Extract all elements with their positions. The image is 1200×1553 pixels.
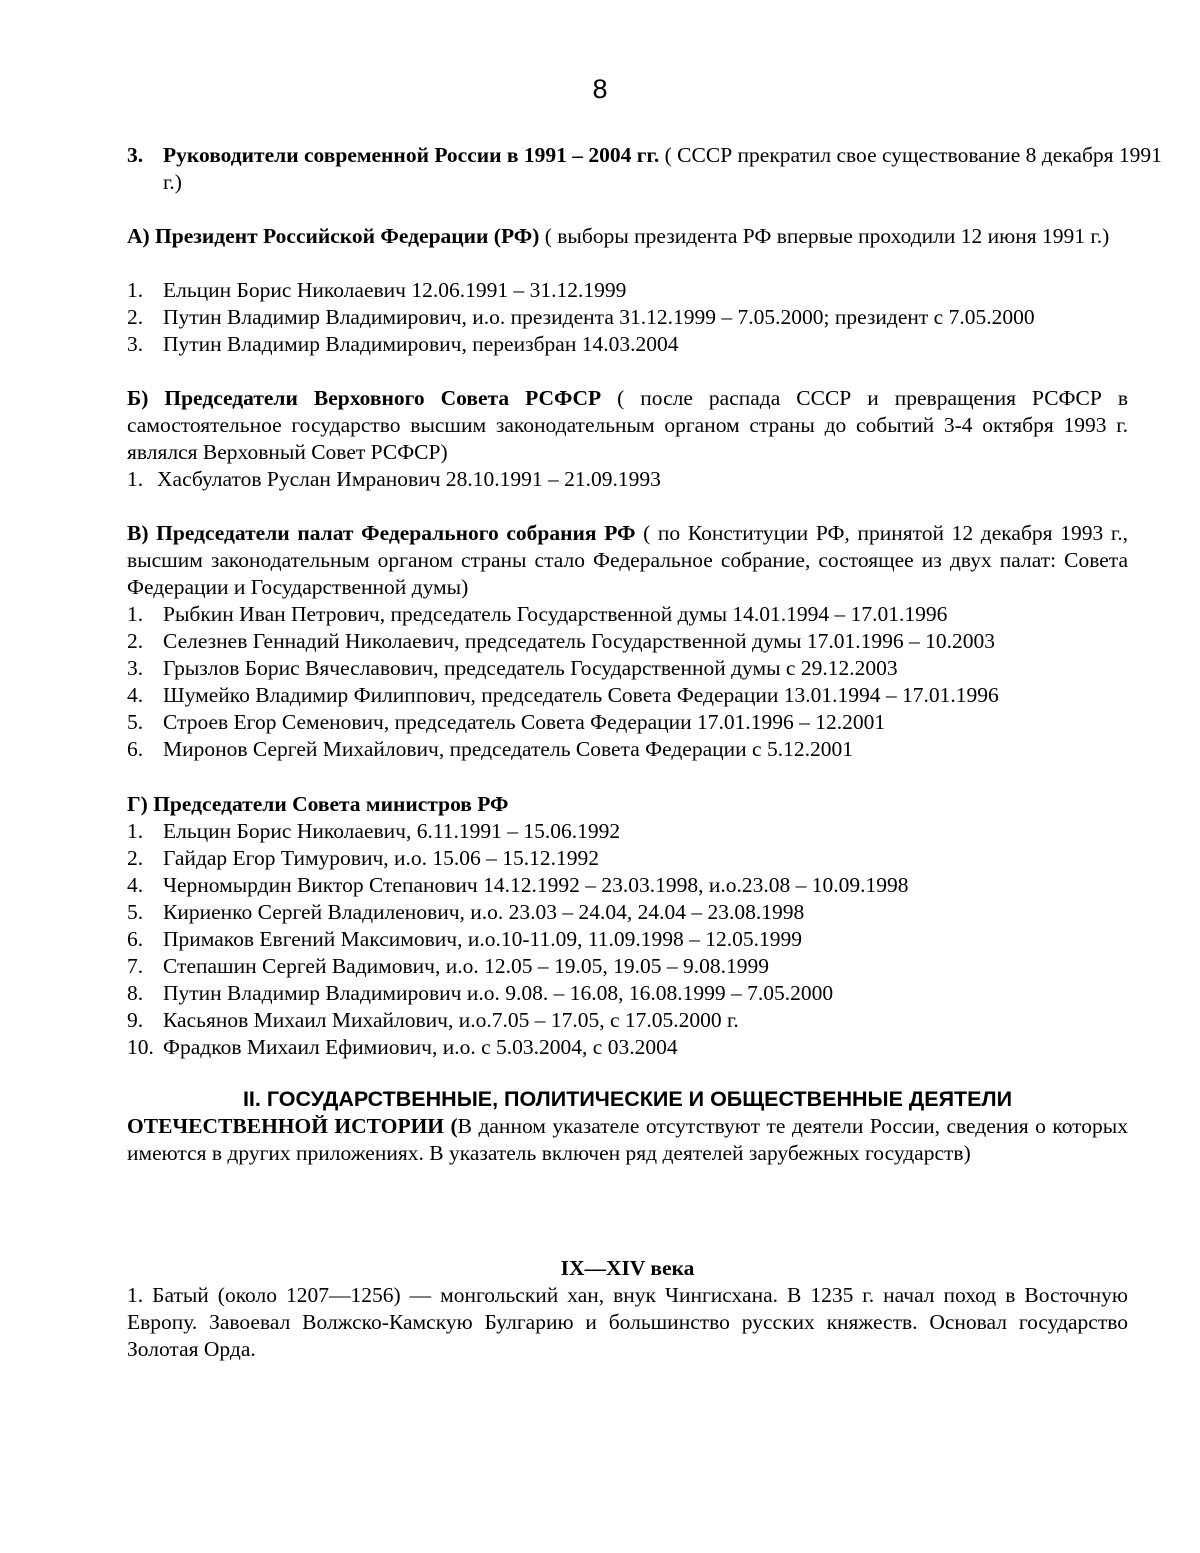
list-item: 1.Ельцин Борис Николаевич, 6.11.1991 – 1…	[127, 818, 1128, 845]
section-2-title: ОТЕЧЕСТВЕННОЙ ИСТОРИИ (	[127, 1114, 458, 1138]
list-item: 9.Касьянов Михаил Михайлович, и.о.7.05 –…	[127, 1007, 1128, 1034]
list-item: 6.Примаков Евгений Максимович, и.о.10-11…	[127, 926, 1128, 953]
list-item: 1.Рыбкин Иван Петрович, председатель Гос…	[127, 601, 1128, 628]
item-text: Касьянов Михаил Михайлович, и.о.7.05 – 1…	[163, 1008, 739, 1032]
list-item: 3.Путин Владимир Владимирович, переизбра…	[127, 331, 1128, 358]
subsection-b-heading: Б) Председатели Верховного Совета РСФСР …	[127, 385, 1128, 466]
list-item: 5.Кириенко Сергей Владиленович, и.о. 23.…	[127, 899, 1128, 926]
section-2-heading: II. ГОСУДАРСТВЕННЫЕ, ПОЛИТИЧЕСКИЕ И ОБЩЕ…	[127, 1086, 1128, 1113]
list-item: 5.Строев Егор Семенович, председатель Со…	[127, 709, 1128, 736]
item-text: Шумейко Владимир Филиппович, председател…	[163, 683, 999, 707]
item-number: 2.	[127, 845, 143, 872]
list-item: 8.Путин Владимир Владимирович и.о. 9.08.…	[127, 980, 1128, 1007]
item-text: Путин Владимир Владимирович и.о. 9.08. –…	[163, 981, 833, 1005]
item-text: Ельцин Борис Николаевич 12.06.1991 – 31.…	[163, 278, 626, 302]
item-number: 4.	[127, 872, 143, 899]
item-text: Фрадков Михаил Ефимиович, и.о. с 5.03.20…	[163, 1035, 678, 1059]
item-number: 1.	[127, 818, 143, 845]
item-text: Степашин Сергей Вадимович, и.о. 12.05 – …	[163, 954, 769, 978]
item-number: 3.	[127, 655, 143, 682]
list-item: 4.Шумейко Владимир Филиппович, председат…	[127, 682, 1128, 709]
item-text: Грызлов Борис Вячеславович, председатель…	[163, 656, 898, 680]
list-item: 3.Грызлов Борис Вячеславович, председате…	[127, 655, 1128, 682]
item-number: 5.	[127, 709, 143, 736]
item-text: Миронов Сергей Михайлович, председатель …	[163, 737, 853, 761]
item-number: 1.	[127, 277, 143, 304]
list-item: 2.Путин Владимир Владимирович, и.о. през…	[127, 304, 1128, 331]
subsection-title: Г) Председатели Совета министров РФ	[127, 792, 509, 816]
list-item: 10.Фрадков Михаил Ефимиович, и.о. с 5.03…	[127, 1034, 1128, 1061]
item-text: Хасбулатов Руслан Имранович 28.10.1991 –…	[157, 467, 661, 491]
list-item: 6.Миронов Сергей Михайлович, председател…	[127, 736, 1128, 763]
list-president: 1.Ельцин Борис Николаевич 12.06.1991 – 3…	[127, 277, 1128, 358]
era-entry: 1. Батый (около 1207—1256) — монгольский…	[127, 1282, 1128, 1363]
list-item: 4.Черномырдин Виктор Степанович 14.12.19…	[127, 872, 1128, 899]
item-text: Черномырдин Виктор Степанович 14.12.1992…	[163, 873, 908, 897]
list-council-ministers: 1.Ельцин Борис Николаевич, 6.11.1991 – 1…	[127, 818, 1128, 1061]
era-title: IX—XIV века	[127, 1255, 1128, 1282]
subsection-note: ( выборы президента РФ впервые проходили…	[539, 224, 1109, 248]
item-number: 6.	[127, 926, 143, 953]
section-title: Руководители современной России в 1991 –…	[163, 143, 659, 167]
subsection-title: А) Президент Российской Федерации (РФ)	[127, 224, 539, 248]
item-text: Путин Владимир Владимирович, переизбран …	[163, 332, 678, 356]
item-text: Ельцин Борис Николаевич, 6.11.1991 – 15.…	[163, 819, 620, 843]
section-2-subheading: ОТЕЧЕСТВЕННОЙ ИСТОРИИ (В данном указател…	[127, 1113, 1128, 1167]
item-number: 10.	[127, 1034, 154, 1061]
item-number: 7.	[127, 953, 143, 980]
list-item: 1.Ельцин Борис Николаевич 12.06.1991 – 3…	[127, 277, 1128, 304]
item-number: 1.	[127, 601, 143, 628]
item-text: Строев Егор Семенович, председатель Сове…	[163, 710, 885, 734]
item-text: Селезнев Геннадий Николаевич, председате…	[163, 629, 995, 653]
subsection-a-heading: А) Президент Российской Федерации (РФ) (…	[127, 223, 1128, 250]
item-number: 9.	[127, 1007, 143, 1034]
subsection-v-heading: В) Председатели палат Федерального собра…	[127, 520, 1128, 601]
list-federal-assembly: 1.Рыбкин Иван Петрович, председатель Гос…	[127, 601, 1128, 763]
item-number: 4.	[127, 682, 143, 709]
list-item: 2.Гайдар Егор Тимурович, и.о. 15.06 – 15…	[127, 845, 1128, 872]
item-number: 2.	[127, 304, 143, 331]
subsection-g-heading: Г) Председатели Совета министров РФ	[127, 791, 1128, 818]
list-supreme-soviet: 1.Хасбулатов Руслан Имранович 28.10.1991…	[127, 466, 1128, 493]
item-text: Путин Владимир Владимирович, и.о. презид…	[163, 305, 1035, 329]
list-item: 7.Степашин Сергей Вадимович, и.о. 12.05 …	[127, 953, 1128, 980]
item-number: 3.	[127, 331, 143, 358]
section-3-heading: 3.Руководители современной России в 1991…	[127, 142, 1164, 196]
list-item: 1.Хасбулатов Руслан Имранович 28.10.1991…	[127, 466, 1128, 493]
item-text: Гайдар Егор Тимурович, и.о. 15.06 – 15.1…	[163, 846, 599, 870]
item-number: 2.	[127, 628, 143, 655]
item-text: Примаков Евгений Максимович, и.о.10-11.0…	[163, 927, 802, 951]
item-number: 6.	[127, 736, 143, 763]
page-number: 8	[0, 73, 1200, 105]
item-text: Кириенко Сергей Владиленович, и.о. 23.03…	[163, 900, 804, 924]
subsection-title: В) Председатели палат Федерального собра…	[127, 521, 635, 545]
item-number: 8.	[127, 980, 143, 1007]
subsection-title: Б) Председатели Верховного Совета РСФСР	[127, 386, 601, 410]
item-number: 5.	[127, 899, 143, 926]
item-text: Рыбкин Иван Петрович, председатель Госуд…	[163, 602, 947, 626]
section-number: 3.	[127, 142, 143, 169]
list-item: 2.Селезнев Геннадий Николаевич, председа…	[127, 628, 1128, 655]
item-number: 1.	[127, 466, 143, 493]
